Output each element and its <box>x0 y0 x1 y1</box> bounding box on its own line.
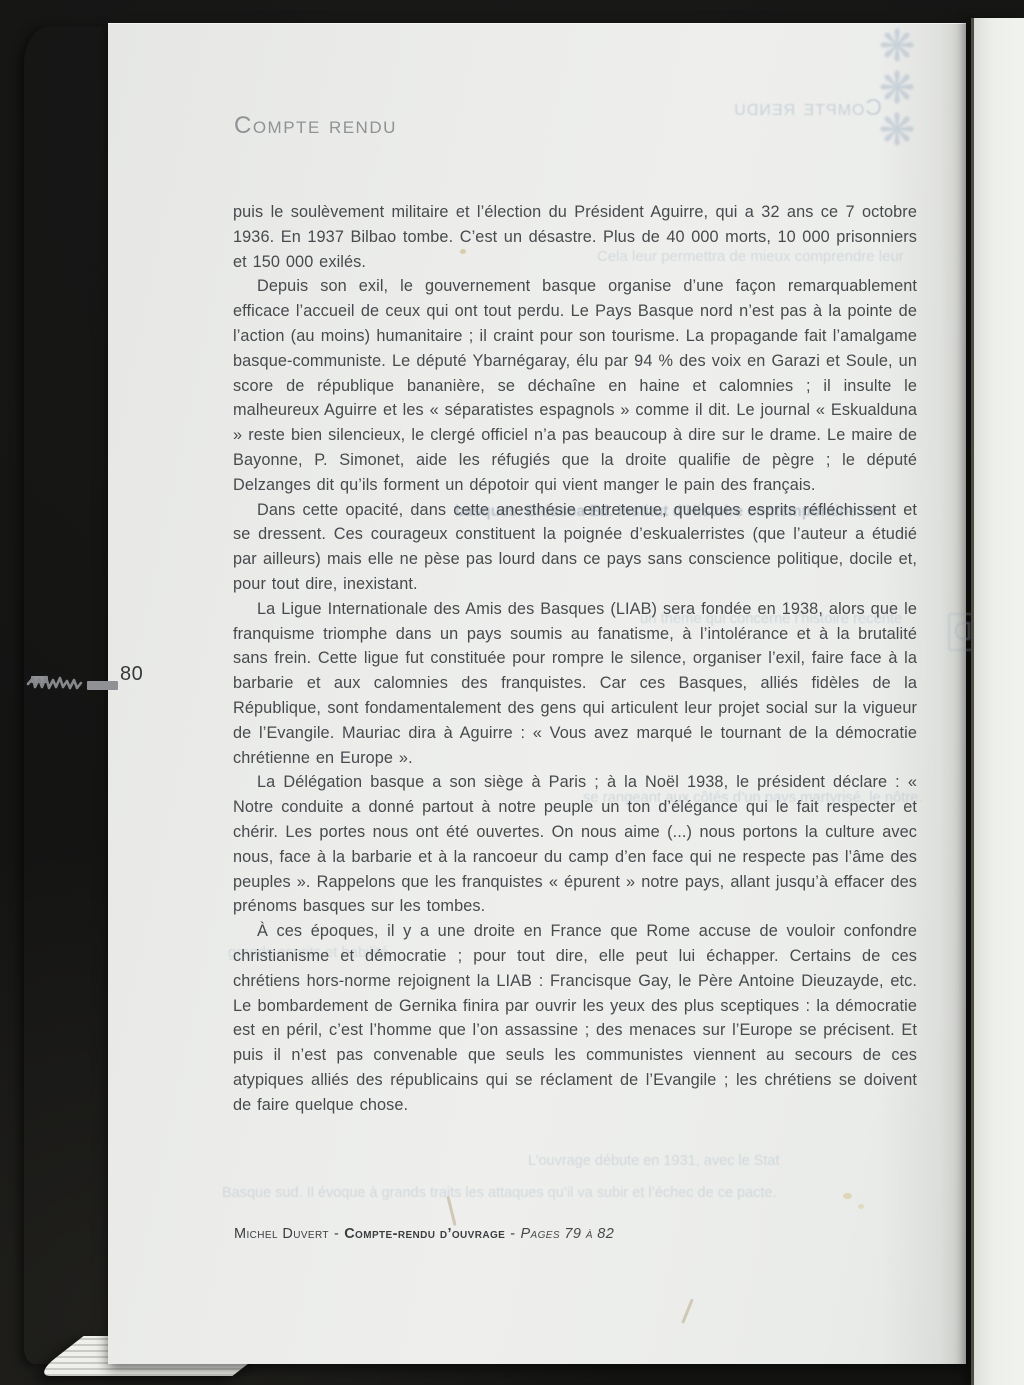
floral-glyph: ❋ <box>872 68 922 110</box>
footer-page-range: Pages 79 à 82 <box>520 1226 614 1242</box>
paragraph: Depuis son exil, le gouvernement basque … <box>233 274 917 497</box>
paragraph: La Ligue Internationale des Amis des Bas… <box>233 597 917 771</box>
paragraph: puis le soulèvement militaire et l’élect… <box>233 200 917 274</box>
paragraph: La Délégation basque a son siège à Paris… <box>233 770 917 919</box>
floral-glyph: ❋ <box>872 26 922 68</box>
paragraph: À ces époques, il y a une droite en Fran… <box>233 919 917 1117</box>
ghost-mirrored-header: Compte rendu <box>686 94 882 121</box>
footer-separator: - <box>329 1226 344 1242</box>
ghost-text-line: L’ouvrage débute en 1931, avec le Stat <box>528 1153 780 1169</box>
page-header: Compte rendu <box>234 112 397 140</box>
footer-author: Michel Duvert <box>234 1226 329 1242</box>
stain <box>858 1204 864 1209</box>
scanned-book-photo: Compte rendu ❋ ❋ ❋ Cela leur permettra d… <box>0 0 1024 1385</box>
stain <box>843 1193 852 1199</box>
floral-ornament-ghost-icon: ❋ ❋ ❋ <box>872 26 922 152</box>
edge-print-mark <box>26 668 124 698</box>
review-body: puis le soulèvement militaire et l’élect… <box>233 200 917 1117</box>
facing-page-edge <box>971 18 1024 1385</box>
paragraph: Dans cette opacité, dans cette anesthési… <box>233 498 917 597</box>
footer-separator: - <box>505 1226 520 1242</box>
footer-work-title: Compte-rendu d’ouvrage <box>344 1226 505 1242</box>
page-number: 80 <box>120 663 143 686</box>
floral-glyph: ❋ <box>872 110 922 152</box>
page-footer: Michel Duvert-Compte-rendu d’ouvrage-Pag… <box>234 1226 614 1242</box>
stain <box>460 249 466 254</box>
ghost-text-line: Basque sud. Il évoque à grands traits le… <box>222 1185 777 1201</box>
book-page: Compte rendu ❋ ❋ ❋ Cela leur permettra d… <box>108 23 966 1364</box>
